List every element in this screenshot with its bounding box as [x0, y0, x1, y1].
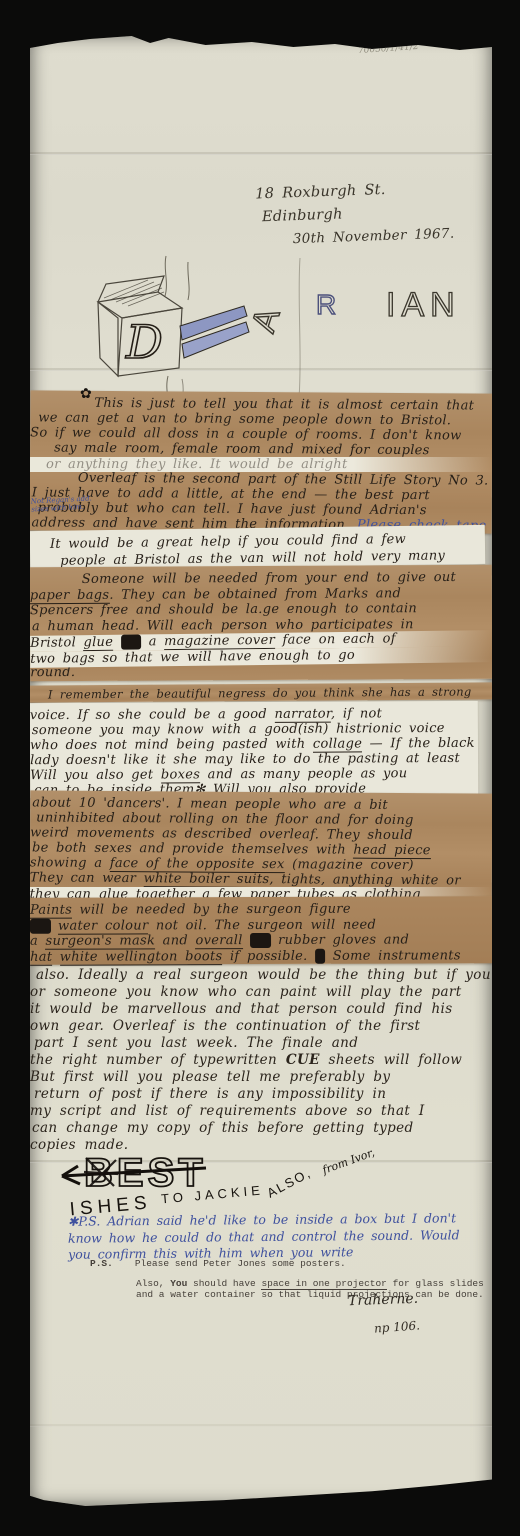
paragraph-paper-bags: Someone will be needed from your end to … — [30, 565, 493, 681]
text-segment: a — [141, 634, 164, 649]
text-segment: Someone will be needed from your end to … — [82, 570, 456, 587]
text-segment: . They can be obtained from Marks and — [109, 586, 401, 603]
text-segment: sheets will follow — [320, 1052, 462, 1068]
text-segment: voice. If so she could be a good — [30, 707, 275, 723]
text-segment: own gear. Overleaf is the continuation o… — [30, 1018, 420, 1034]
letter-line: ██ water colour not oil. The surgeon wil… — [30, 917, 492, 934]
text-segment: Will you also get — [30, 767, 161, 783]
text-segment: , if not — [331, 706, 382, 721]
text-segment: — If the black — [362, 736, 475, 752]
letter-line: Paints will be needed by the surgeon fig… — [30, 901, 492, 918]
letter-line: lady doesn't like it she may like to do … — [30, 751, 478, 768]
text-segment: water colour — [58, 918, 148, 934]
text-segment: white boiler suits — [144, 871, 270, 888]
text-segment: my script and list of requirements above… — [30, 1103, 425, 1119]
letter-d: D — [125, 315, 163, 369]
text-segment: say male room, female room and mixed for… — [54, 441, 430, 459]
text-segment: magazine cover — [164, 633, 275, 650]
letter-line: They can wear white boiler suits, tights… — [30, 870, 492, 888]
fold-crease — [30, 1424, 492, 1427]
text-segment: or someone you know who can paint will p… — [30, 984, 462, 1000]
text-segment: I remember the beautiful negress do you … — [48, 685, 472, 702]
fold-crease — [30, 152, 492, 155]
letters-ian: IAN — [386, 286, 461, 324]
text-segment — [51, 918, 58, 933]
typed-ps-text: and a water container so that liquid pro… — [136, 1289, 484, 1300]
letter-line: But first will you please tell me prefer… — [30, 1069, 492, 1086]
letter-line: return of post if there is any impossibi… — [30, 1086, 492, 1103]
text-segment: paper bags — [30, 587, 110, 603]
letter-line: say male room, female room and mixed for… — [30, 440, 492, 458]
letter-line: can change my copy of this before gettin… — [30, 1120, 492, 1137]
closing-best-wishes: BEST ISHES TO JACKIE ALSO, from Ivor, — [56, 1146, 416, 1224]
from-ivor: from Ivor, — [320, 1146, 377, 1177]
text-segment: , tights, anything white or — [269, 872, 461, 888]
text-segment: rubber gloves and — [271, 932, 409, 947]
text-segment: showing a — [30, 855, 110, 871]
archive-reference-number: 70050/1/41/2 — [358, 42, 419, 56]
text-segment: will be needed by the surgeon figure — [72, 902, 351, 918]
signature: Traherne. — [348, 1291, 419, 1309]
signature-annotation: np 106. — [374, 1318, 421, 1335]
letter-line: or anything they like. It would be alrig… — [30, 457, 492, 472]
text-segment — [113, 635, 121, 650]
ps-line: know how he could do that and control th… — [68, 1227, 460, 1247]
text-segment: Spencers free and should be la.ge enough… — [30, 601, 417, 618]
text-segment: not oil. The surgeon will need — [148, 917, 376, 933]
text-segment: a — [30, 934, 46, 949]
text-segment: return of post if there is any impossibi… — [34, 1086, 386, 1102]
scribble-doodle: ✿ — [80, 386, 92, 402]
text-segment: can change my copy of this before gettin… — [32, 1120, 414, 1136]
letter-line: Someone will be needed from your end to … — [30, 570, 492, 588]
paragraph-van-to-bristol: This is just to tell you that it is almo… — [30, 390, 493, 533]
letter-line: I remember the beautiful negress do you … — [30, 684, 492, 702]
letter-line: a surgeon's mask and overall ██ rubber g… — [30, 932, 492, 949]
text-segment: the right number of typewritten — [30, 1052, 286, 1068]
paragraph-surgeon-cue-sheets: also. Ideally a real surgeon would be th… — [30, 962, 492, 1154]
ps-label: P.S. — [90, 1258, 113, 1269]
typed-ps-row: P.S.Please send Peter Jones some posters… — [90, 1258, 484, 1269]
text-segment: also. Ideally a real surgeon would be th… — [36, 967, 491, 983]
text-segment: face on each of — [275, 631, 396, 647]
letter-line: or someone you know who can paint will p… — [30, 984, 492, 1001]
typed-ps-text: Please send Peter Jones some posters. — [135, 1258, 346, 1269]
text-segment: CUE — [286, 1052, 320, 1068]
text-segment: part I sent you last week. The finale an… — [34, 1035, 358, 1051]
scanned-letter-photograph: 70050/1/41/2 18 Roxburgh St. Edinburgh 3… — [0, 0, 520, 1536]
ink-blot: ██ — [250, 933, 271, 948]
letter-line: own gear. Overleaf is the continuation o… — [30, 1018, 492, 1035]
typed-postscript: P.S.Please send Peter Jones some posters… — [90, 1258, 484, 1300]
text-segment: round. — [30, 665, 75, 680]
letter-line: the right number of typewritten CUE shee… — [30, 1052, 492, 1069]
text-segment: overall — [195, 933, 242, 949]
text-segment: or anything they like. It would be alrig… — [46, 457, 348, 472]
text-segment: surgeon's mask — [45, 933, 155, 949]
ink-blot: ██ — [30, 918, 51, 933]
blue-tongues — [180, 306, 249, 358]
ink-blot: ██ — [121, 634, 142, 649]
text-segment: and as many people as you — [200, 766, 407, 782]
text-segment: collage — [313, 736, 362, 752]
letter-r: R — [316, 289, 336, 320]
text-segment: should have — [187, 1278, 261, 1289]
letter-a: A — [244, 303, 287, 337]
text-segment: head piece — [353, 843, 431, 860]
word-ishes: ISHES — [69, 1192, 153, 1220]
typed-ps-text: Also, You should have space in one proje… — [136, 1278, 484, 1289]
word-also: ALSO, — [264, 1165, 314, 1201]
text-segment: (magazine cover) — [285, 857, 414, 873]
paragraph-negress-intro: I remember the beautiful negress do you … — [30, 682, 492, 702]
text-segment: But first will you please tell me prefer… — [30, 1069, 390, 1085]
text-segment: glue — [83, 635, 113, 651]
text-segment: it would be marvellous and that person c… — [30, 1001, 453, 1017]
letter-line: it would be marvellous and that person c… — [30, 1001, 492, 1018]
sender-address-block: 18 Roxburgh St. Edinburgh 30th November … — [255, 177, 455, 253]
paragraph-surgeon-paints: Paints will be needed by the surgeon fig… — [30, 896, 492, 965]
paragraph-dancers: about 10 'dancers'. I mean people who ar… — [30, 790, 493, 903]
text-segment: who does not mind being pasted with — [30, 737, 313, 753]
text-segment: and — [155, 933, 195, 948]
letter-line: also. Ideally a real surgeon would be th… — [30, 967, 492, 984]
text-segment: boxes — [161, 767, 200, 783]
letter-paper: 70050/1/41/2 18 Roxburgh St. Edinburgh 3… — [30, 34, 492, 1506]
text-segment: Also, — [136, 1278, 170, 1289]
text-segment — [243, 933, 250, 948]
blue-margin-note: Not Regan's add. sizes with him. — [31, 494, 93, 513]
text-segment: They can wear — [30, 870, 144, 886]
text-segment: for glass slides — [387, 1278, 484, 1289]
letter-line: my script and list of requirements above… — [30, 1103, 492, 1120]
text-segment: You — [170, 1278, 187, 1289]
paragraph-great-help: It would be a great help if you could fi… — [30, 525, 486, 570]
text-segment: Bristol — [30, 635, 83, 651]
text-segment: narrator — [274, 707, 331, 723]
paragraph-narrator-boxes: voice. If so she could be a good narrato… — [30, 701, 478, 798]
text-segment: Paints — [30, 903, 72, 919]
letter-line: part I sent you last week. The finale an… — [30, 1035, 492, 1052]
text-segment: Some instruments — [325, 948, 460, 963]
